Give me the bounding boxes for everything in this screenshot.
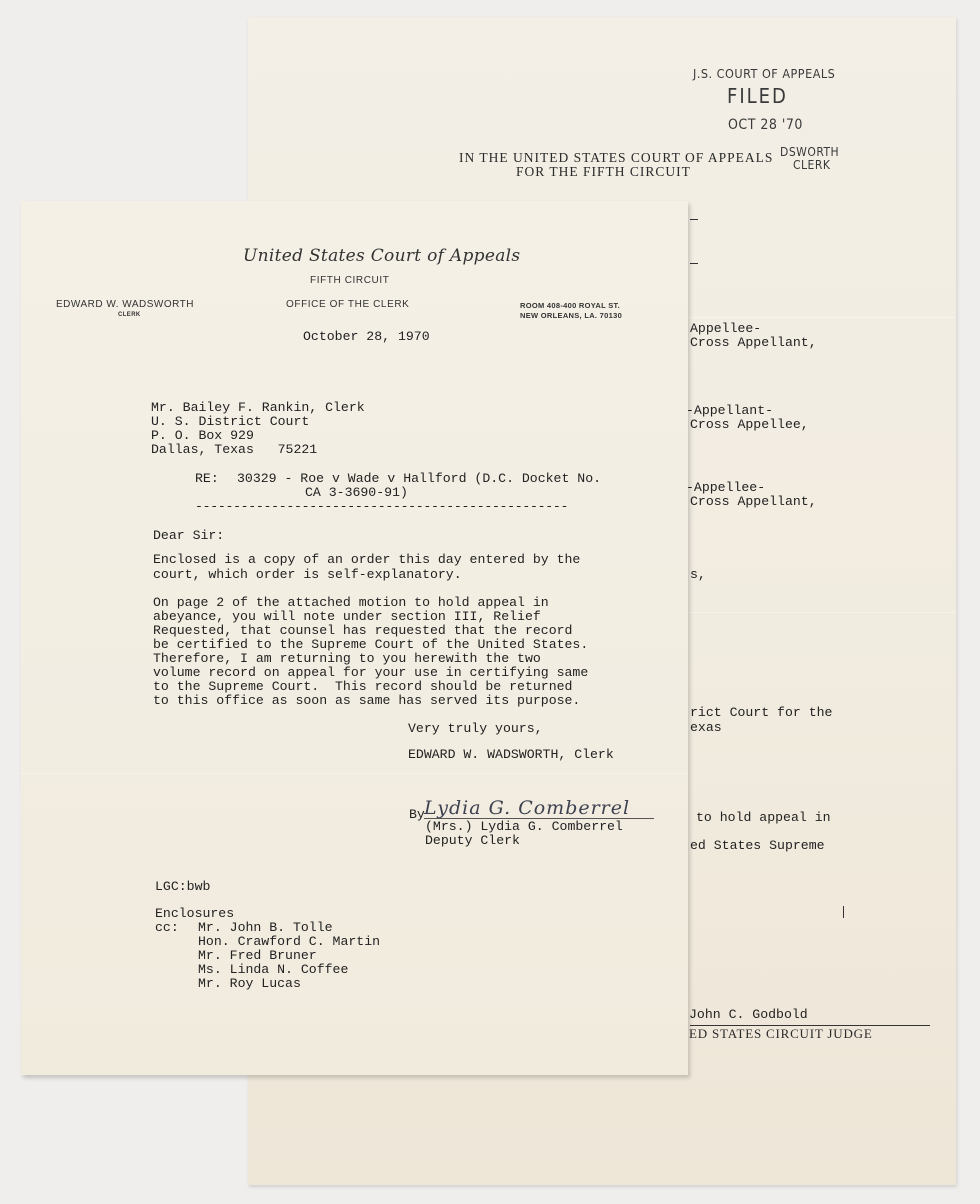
letterhead-court-name: United States Court of Appeals (243, 246, 520, 266)
typist-initials: LGC:bwb (155, 880, 210, 895)
letter-date: October 28, 1970 (303, 330, 430, 345)
letterhead-clerk-title: CLERK (118, 312, 141, 318)
filed-stamp-date: OCT 28 '70 (728, 117, 803, 133)
letterhead-address-line1: ROOM 408-400 ROYAL ST. (520, 301, 620, 310)
filed-stamp-label: FILED (727, 84, 788, 108)
order-fragment: ed States Supreme (690, 839, 825, 854)
salutation: Dear Sir: (153, 529, 224, 544)
handwritten-signature: Lydia G. Comberrel (424, 797, 630, 819)
re-rule: ----------------------------------------… (195, 500, 568, 515)
judge-name: John C. Godbold (689, 1008, 808, 1023)
order-fragment: to hold appeal in (696, 811, 831, 826)
order-fragment: rict Court for the (690, 706, 832, 721)
caption-rule (690, 263, 698, 264)
letterhead-address-line2: NEW ORLEANS, LA. 70130 (520, 311, 622, 320)
order-fragment: exas (690, 721, 722, 736)
letterhead-circuit: FIFTH CIRCUIT (310, 275, 389, 286)
body-line: Enclosed is a copy of an order this day … (153, 553, 580, 568)
caption-rule (690, 219, 698, 220)
judge-title: ED STATES CIRCUIT JUDGE (689, 1026, 873, 1042)
deputy-title: Deputy Clerk (425, 834, 520, 849)
cc-recipient: Mr. Roy Lucas (198, 977, 301, 992)
letterhead-office: OFFICE OF THE CLERK (286, 299, 409, 310)
order-fragment: s, (690, 568, 706, 583)
signature-mark (843, 906, 844, 918)
party-role: Cross Appellant, (690, 495, 817, 510)
party-role: Cross Appellant, (690, 336, 817, 351)
signer-name: EDWARD W. WADSWORTH, Clerk (408, 748, 614, 763)
cc-label: cc: (155, 921, 179, 936)
body-line: to this office as soon as same has serve… (153, 694, 580, 709)
recipient-line: Dallas, Texas 75221 (151, 443, 317, 458)
order-caption-circuit: FOR THE FIFTH CIRCUIT (516, 164, 691, 180)
filed-stamp-clerk-title: CLERK (793, 158, 830, 172)
party-role: Cross Appellee, (690, 418, 809, 433)
filed-stamp-court: J.S. COURT OF APPEALS (693, 66, 835, 81)
re-subject: 30329 - Roe v Wade v Hallford (D.C. Dock… (237, 472, 601, 487)
re-label: RE: (195, 472, 219, 487)
by-label: By (409, 808, 425, 823)
closing: Very truly yours, (408, 722, 543, 737)
body-line: court, which order is self-explanatory. (153, 568, 462, 583)
letterhead-clerk-name: EDWARD W. WADSWORTH (56, 299, 194, 310)
filed-stamp-clerk: DSWORTH (780, 145, 839, 159)
fold-crease (21, 773, 688, 774)
